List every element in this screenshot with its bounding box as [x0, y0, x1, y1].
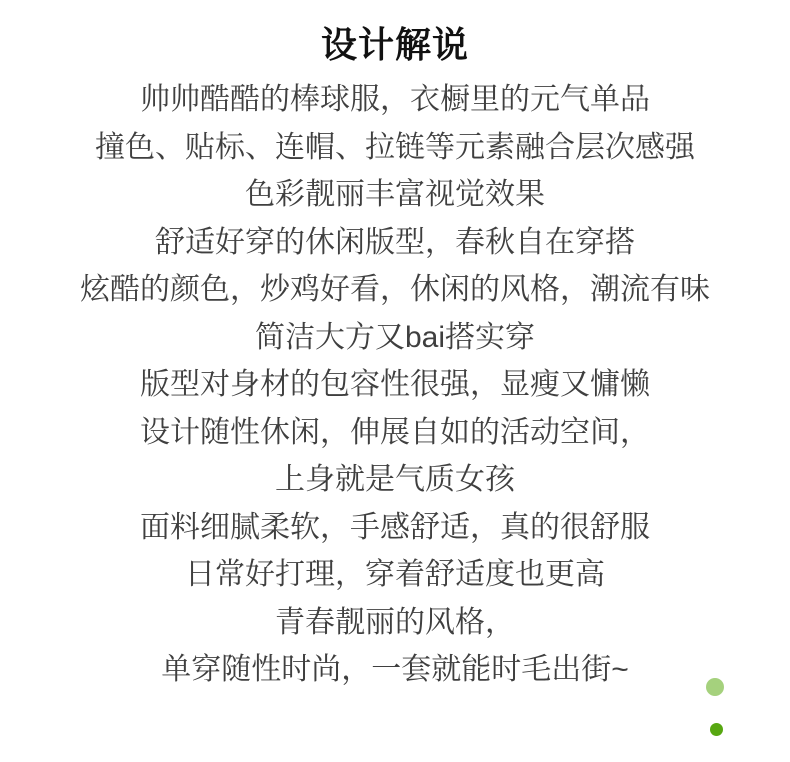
description-line: 设计随性休闲，伸展自如的活动空间，	[0, 409, 790, 457]
description-line: 日常好打理，穿着舒适度也更高	[0, 551, 790, 599]
description-line: 帅帅酷酷的棒球服，衣橱里的元气单品	[0, 76, 790, 124]
description-lines: 帅帅酷酷的棒球服，衣橱里的元气单品撞色、贴标、连帽、拉链等元素融合层次感强色彩靓…	[0, 76, 790, 694]
decor-dot-small	[710, 723, 723, 736]
design-description-section: 设计解说 帅帅酷酷的棒球服，衣橱里的元气单品撞色、贴标、连帽、拉链等元素融合层次…	[0, 0, 790, 762]
section-title: 设计解说	[0, 0, 790, 65]
description-line: 面料细腻柔软，手感舒适，真的很舒服	[0, 504, 790, 552]
decor-dot-large	[706, 678, 724, 696]
description-line: 舒适好穿的休闲版型，春秋自在穿搭	[0, 219, 790, 267]
description-line: 单穿随性时尚，一套就能时毛出街~	[0, 646, 790, 694]
description-line: 上身就是气质女孩	[0, 456, 790, 504]
description-line: 炫酷的颜色，炒鸡好看，休闲的风格，潮流有味	[0, 266, 790, 314]
description-line: 色彩靓丽丰富视觉效果	[0, 171, 790, 219]
description-line: 版型对身材的包容性很强，显瘦又慵懒	[0, 361, 790, 409]
description-line: 简洁大方又bai搭实穿	[0, 314, 790, 362]
description-line: 撞色、贴标、连帽、拉链等元素融合层次感强	[0, 124, 790, 172]
description-line: 青春靓丽的风格，	[0, 599, 790, 647]
